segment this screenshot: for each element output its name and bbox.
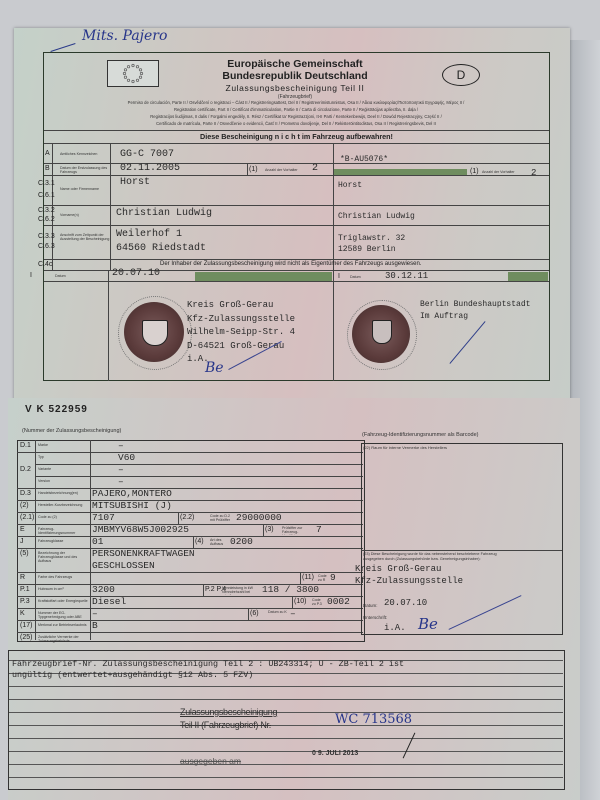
- row-code: J: [20, 538, 24, 545]
- translation-line: Registration certificate, Part II / Cert…: [46, 107, 546, 113]
- label-prev-holders: Anzahl der Vorhalter: [265, 168, 305, 172]
- subfield-label: Prüfziffer zur Fahrzeug-Identifizierungs…: [282, 526, 314, 535]
- stamp-line2: Teil II (Fahrzeugbrief) Nr.: [180, 720, 271, 730]
- title-document: Zulassungsbescheinigung Teil II: [160, 83, 430, 93]
- subfield-code: (11): [302, 574, 314, 581]
- authority-right: Berlin Bundeshauptstadt Im Auftrag: [420, 299, 530, 323]
- row-code: (2.1): [20, 514, 34, 521]
- vin-barcode-label: (Fahrzeug-Identifizierungsnummer als Bar…: [362, 432, 478, 438]
- label-first-names: Vorname(n): [60, 213, 110, 217]
- label-date: Datum: [55, 274, 66, 278]
- row-value: 7107: [92, 512, 115, 523]
- surname-right: Horst: [338, 181, 362, 190]
- authority-left: Kreis Groß-Gerau Kfz-Zulassungsstelle Wi…: [187, 299, 295, 367]
- field-23-label: (23) Diese Bescheinigung wurde für das n…: [363, 552, 513, 562]
- issuer-line2: Kfz-Zulassungsstelle: [355, 575, 463, 587]
- label-code-c31: C.3.1: [38, 180, 55, 187]
- row-value-2: GESCHLOSSEN: [92, 560, 155, 571]
- label-prev-holders-right: Anzahl der Vorhalter: [482, 170, 522, 174]
- certificate-number: V K 522959: [25, 404, 88, 415]
- green-bar: [508, 272, 548, 281]
- first-registration: 02.11.2005: [120, 163, 180, 174]
- label-code-b: B: [45, 165, 50, 172]
- row-value: 01: [92, 536, 103, 547]
- subfield-value: –: [290, 608, 296, 619]
- row-code: P.3: [20, 598, 30, 605]
- row-label: Code zu (2): [38, 515, 90, 519]
- stamp-number: WC 713568: [335, 712, 412, 727]
- title-country: Bundesrepublik Deutschland: [160, 70, 430, 82]
- signature-prefix-left: i.A.: [187, 353, 295, 367]
- address-line2-right: 12589 Berlin: [338, 245, 396, 254]
- subfield-label: Code zu R: [318, 574, 328, 583]
- authority-left-line2: Kfz-Zulassungsstelle: [187, 313, 295, 327]
- subfield-code: (6): [250, 610, 259, 617]
- row-value: JMBMYV68W5J002925: [92, 524, 189, 535]
- signature-label: Unterschrift:: [363, 615, 387, 620]
- field-22-label: (22) Raum für interne Vermerke des Herst…: [363, 445, 447, 450]
- signature-left: Be: [205, 360, 224, 376]
- address-line1-right: Triglawstr. 32: [338, 234, 405, 243]
- row-value: 3200: [92, 584, 115, 595]
- berlin-bear-icon: [372, 320, 392, 344]
- row-value: V60: [118, 452, 135, 463]
- prev-holders-left: 2: [312, 163, 318, 174]
- subfield-value: 118 / 3800: [262, 584, 319, 595]
- row-code: K: [20, 610, 25, 617]
- green-bar: [195, 272, 332, 281]
- first-names-right: Christian Ludwig: [338, 212, 415, 221]
- row-code: D.1: [20, 442, 31, 449]
- subfield-value: 7: [316, 524, 322, 535]
- translation-line: Permiso de circulación, Parte II / Osvěd…: [46, 100, 546, 106]
- subfield-value: 29000000: [236, 512, 282, 523]
- label-code-a: A: [45, 150, 50, 157]
- green-bar: [334, 169, 467, 175]
- label-plate: Amtliches Kennzeichen: [60, 152, 110, 156]
- issued-label: ausgegeben am: [180, 756, 241, 766]
- subfield-label: Art des Aufbaus: [210, 538, 228, 547]
- row-code: E: [20, 526, 25, 533]
- title-eu: Europäische Gemeinschaft: [160, 58, 430, 70]
- row-label: Hubraum in cm³: [38, 587, 90, 591]
- subfield-label: Datum zu K: [268, 610, 288, 619]
- row-value: MITSUBISHI (J): [92, 500, 172, 511]
- authority-right-line2: Im Auftrag: [420, 311, 530, 323]
- label-first-registration: Datum der Erstzulassung des Fahrzeugs: [60, 166, 110, 174]
- date-left: 20.07.10: [112, 268, 160, 279]
- row-label: Kraftstoffart oder Energiequelle: [38, 599, 90, 603]
- label-code-c33: C.3.3: [38, 233, 55, 240]
- row-code: D.3: [20, 490, 31, 497]
- row-value: –: [92, 608, 98, 619]
- row-label: Fahrzeug-Identifizierungsnummer: [38, 527, 90, 535]
- subfield-code: (4): [195, 538, 204, 545]
- row-label: Farbe des Fahrzeugs: [38, 575, 90, 579]
- row-label: Handelsbezeichnung(en): [38, 491, 90, 495]
- row-label: Version: [38, 479, 90, 483]
- issue-date: 20.07.10: [384, 598, 427, 608]
- subfield-value: 9: [330, 572, 336, 583]
- signature-prefix: i.A.: [384, 623, 406, 633]
- row-code: (2): [20, 502, 29, 509]
- row-code: R: [20, 574, 25, 581]
- issued-date: 0 9. JULI 2013: [312, 750, 358, 757]
- row-value: –: [118, 464, 124, 475]
- surname-left: Horst: [120, 177, 150, 188]
- row-code: P.1: [20, 586, 30, 593]
- remarks-text: Fahrzeugbrief-Nr. Zulassungsbescheinigun…: [12, 659, 404, 681]
- first-names-left: Christian Ludwig: [116, 208, 212, 219]
- label-surname: Name oder Firmenname: [60, 187, 110, 191]
- row-label: Fahrzeugklasse: [38, 539, 90, 543]
- row-value: –: [118, 476, 124, 487]
- subfield-value: 0200: [230, 536, 253, 547]
- row-value: –: [118, 440, 124, 451]
- remarks-line2: ungültig (entwertet+ausgehändigt §12 Abs…: [12, 670, 404, 681]
- subfield-code: (2.2): [180, 514, 194, 521]
- authority-left-line1: Kreis Groß-Gerau: [187, 299, 295, 313]
- label-code-c4c: C.4c: [38, 261, 52, 268]
- translation-line: Registracijos liudijimas, II dalis / For…: [46, 114, 546, 120]
- row-code: D.2: [20, 466, 31, 473]
- row-value: PAJERO,MONTERO: [92, 488, 172, 499]
- subfield-label: Code zu D.2 mit Prüfziffer: [210, 514, 234, 523]
- signature-issuer: Be: [418, 615, 438, 633]
- subfield-label: Code zu P.3: [312, 598, 325, 607]
- issuer-line1: Kreis Groß-Gerau: [355, 563, 463, 575]
- handwritten-note: Mits. Pajero: [82, 28, 167, 44]
- label-address: Anschrift zum Zeitpunkt der Ausstellung …: [60, 233, 110, 241]
- label-date-right: Datum: [350, 275, 361, 279]
- label-code-i-right: I: [338, 273, 340, 280]
- row-label: Nummer der EG-Typgenehmigung oder ABE: [38, 611, 90, 619]
- warning-banner: Diese Bescheinigung n i c h t im Fahrzeu…: [44, 131, 549, 142]
- country-code-oval: D: [442, 64, 480, 86]
- row-code: (5): [20, 550, 29, 557]
- row-value: B: [92, 620, 98, 631]
- row-label: Variante: [38, 467, 90, 471]
- ownership-note: Der Inhaber der Zulassungsbescheinigung …: [160, 261, 550, 267]
- prev-holders-right: 2: [531, 168, 536, 178]
- stamp-line1: Zulassungsbescheinigung: [180, 707, 277, 717]
- row-label: Zusätzliche Vermerke der Zulassungsbehör…: [38, 635, 90, 643]
- plate-right: *B-AU5076*: [340, 155, 388, 164]
- date-right: 30.12.11: [385, 271, 428, 281]
- certificate-number-label: (Nummer der Zulassungsbescheinigung): [22, 428, 121, 434]
- label-prev-holders-code: (1): [249, 166, 258, 173]
- remarks-line1: Fahrzeugbrief-Nr. Zulassungsbescheinigun…: [12, 659, 404, 670]
- row-label: Hersteller-Kurzbezeichnung: [38, 503, 90, 507]
- label-code-c62: C.6.2: [38, 216, 55, 223]
- authority-right-line1: Berlin Bundeshauptstadt: [420, 299, 530, 311]
- label-code-i: I: [30, 272, 32, 279]
- row-value: Diesel: [92, 596, 126, 607]
- coat-of-arms-icon: [142, 320, 168, 346]
- label-code-c32: C.3.2: [38, 207, 55, 214]
- label-code-c61: C.6.1: [38, 192, 55, 199]
- row-value: PERSONENKRAFTWAGEN: [92, 548, 195, 559]
- row-label: Merkmal zur Betriebserlaubnis: [38, 623, 90, 627]
- subfield-label: Nennleistung in kW Nenndrehzahl bei min⁻…: [222, 586, 260, 595]
- subfield-code: (3): [265, 526, 274, 533]
- subfield-code: (10): [294, 598, 306, 605]
- row-label: Bezeichnung der Fahrzeugklasse und des A…: [38, 551, 90, 563]
- issuer: Kreis Groß-Gerau Kfz-Zulassungsstelle: [355, 563, 463, 587]
- subfield-value: 0002: [327, 596, 350, 607]
- authority-left-line3: Wilhelm-Seipp-Str. 4: [187, 326, 295, 340]
- row-label: Marke: [38, 443, 90, 447]
- label-code-c63: C.6.3: [38, 243, 55, 250]
- issue-date-label: Datum:: [363, 603, 378, 608]
- translation-line: Certificado de matrícula, Parte II / Osv…: [46, 121, 546, 127]
- row-code: (25): [20, 634, 32, 641]
- row-label: Typ: [38, 455, 90, 459]
- row-code: (17): [20, 622, 32, 629]
- eu-flag-icon: [107, 60, 159, 87]
- address-line2-left: 64560 Riedstadt: [116, 243, 206, 254]
- label-prev-holders-code-right: (1): [470, 168, 479, 175]
- address-line1-left: Weilerhof 1: [116, 229, 182, 240]
- plate-left: GG-C 7007: [120, 149, 174, 160]
